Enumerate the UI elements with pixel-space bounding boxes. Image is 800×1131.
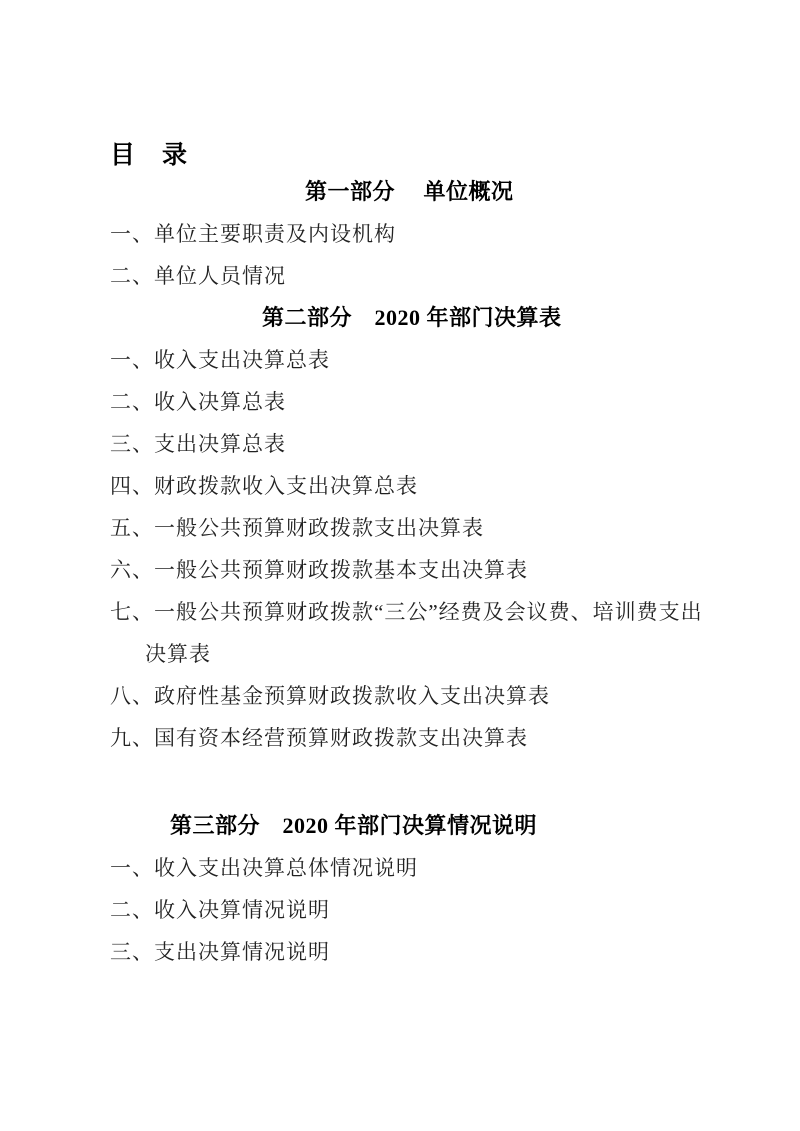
toc-item: 一、收入支出决算总表 bbox=[110, 339, 800, 381]
section-3-heading: 第三部分 2020 年部门决算情况说明 bbox=[170, 805, 800, 847]
section-2-heading: 第二部分 2020 年部门决算表 bbox=[262, 297, 800, 339]
toc-item: 六、一般公共预算财政拨款基本支出决算表 bbox=[110, 549, 800, 591]
toc-item: 三、支出决算情况说明 bbox=[110, 931, 800, 973]
toc-item: 五、一般公共预算财政拨款支出决算表 bbox=[110, 507, 800, 549]
toc-item: 一、单位主要职责及内设机构 bbox=[110, 213, 800, 255]
toc-item-continuation: 决算表 bbox=[145, 633, 800, 675]
toc-item: 七、一般公共预算财政拨款“三公”经费及会议费、培训费支出 bbox=[110, 591, 800, 633]
toc-item: 二、收入决算总表 bbox=[110, 381, 800, 423]
blank-line bbox=[0, 759, 800, 805]
toc-list: 第一部分 单位概况一、单位主要职责及内设机构二、单位人员情况第二部分 2020 … bbox=[0, 171, 800, 973]
toc-item: 二、单位人员情况 bbox=[110, 255, 800, 297]
toc-item: 一、收入支出决算总体情况说明 bbox=[110, 847, 800, 889]
toc-title: 目 录 bbox=[110, 140, 800, 171]
toc-item: 三、支出决算总表 bbox=[110, 423, 800, 465]
toc-item: 二、收入决算情况说明 bbox=[110, 889, 800, 931]
document-page: 目 录 第一部分 单位概况一、单位主要职责及内设机构二、单位人员情况第二部分 2… bbox=[0, 0, 800, 1131]
toc-item: 四、财政拨款收入支出决算总表 bbox=[110, 465, 800, 507]
section-1-heading: 第一部分 单位概况 bbox=[305, 171, 800, 213]
toc-item: 九、国有资本经营预算财政拨款支出决算表 bbox=[110, 717, 800, 759]
toc-item: 八、政府性基金预算财政拨款收入支出决算表 bbox=[110, 675, 800, 717]
